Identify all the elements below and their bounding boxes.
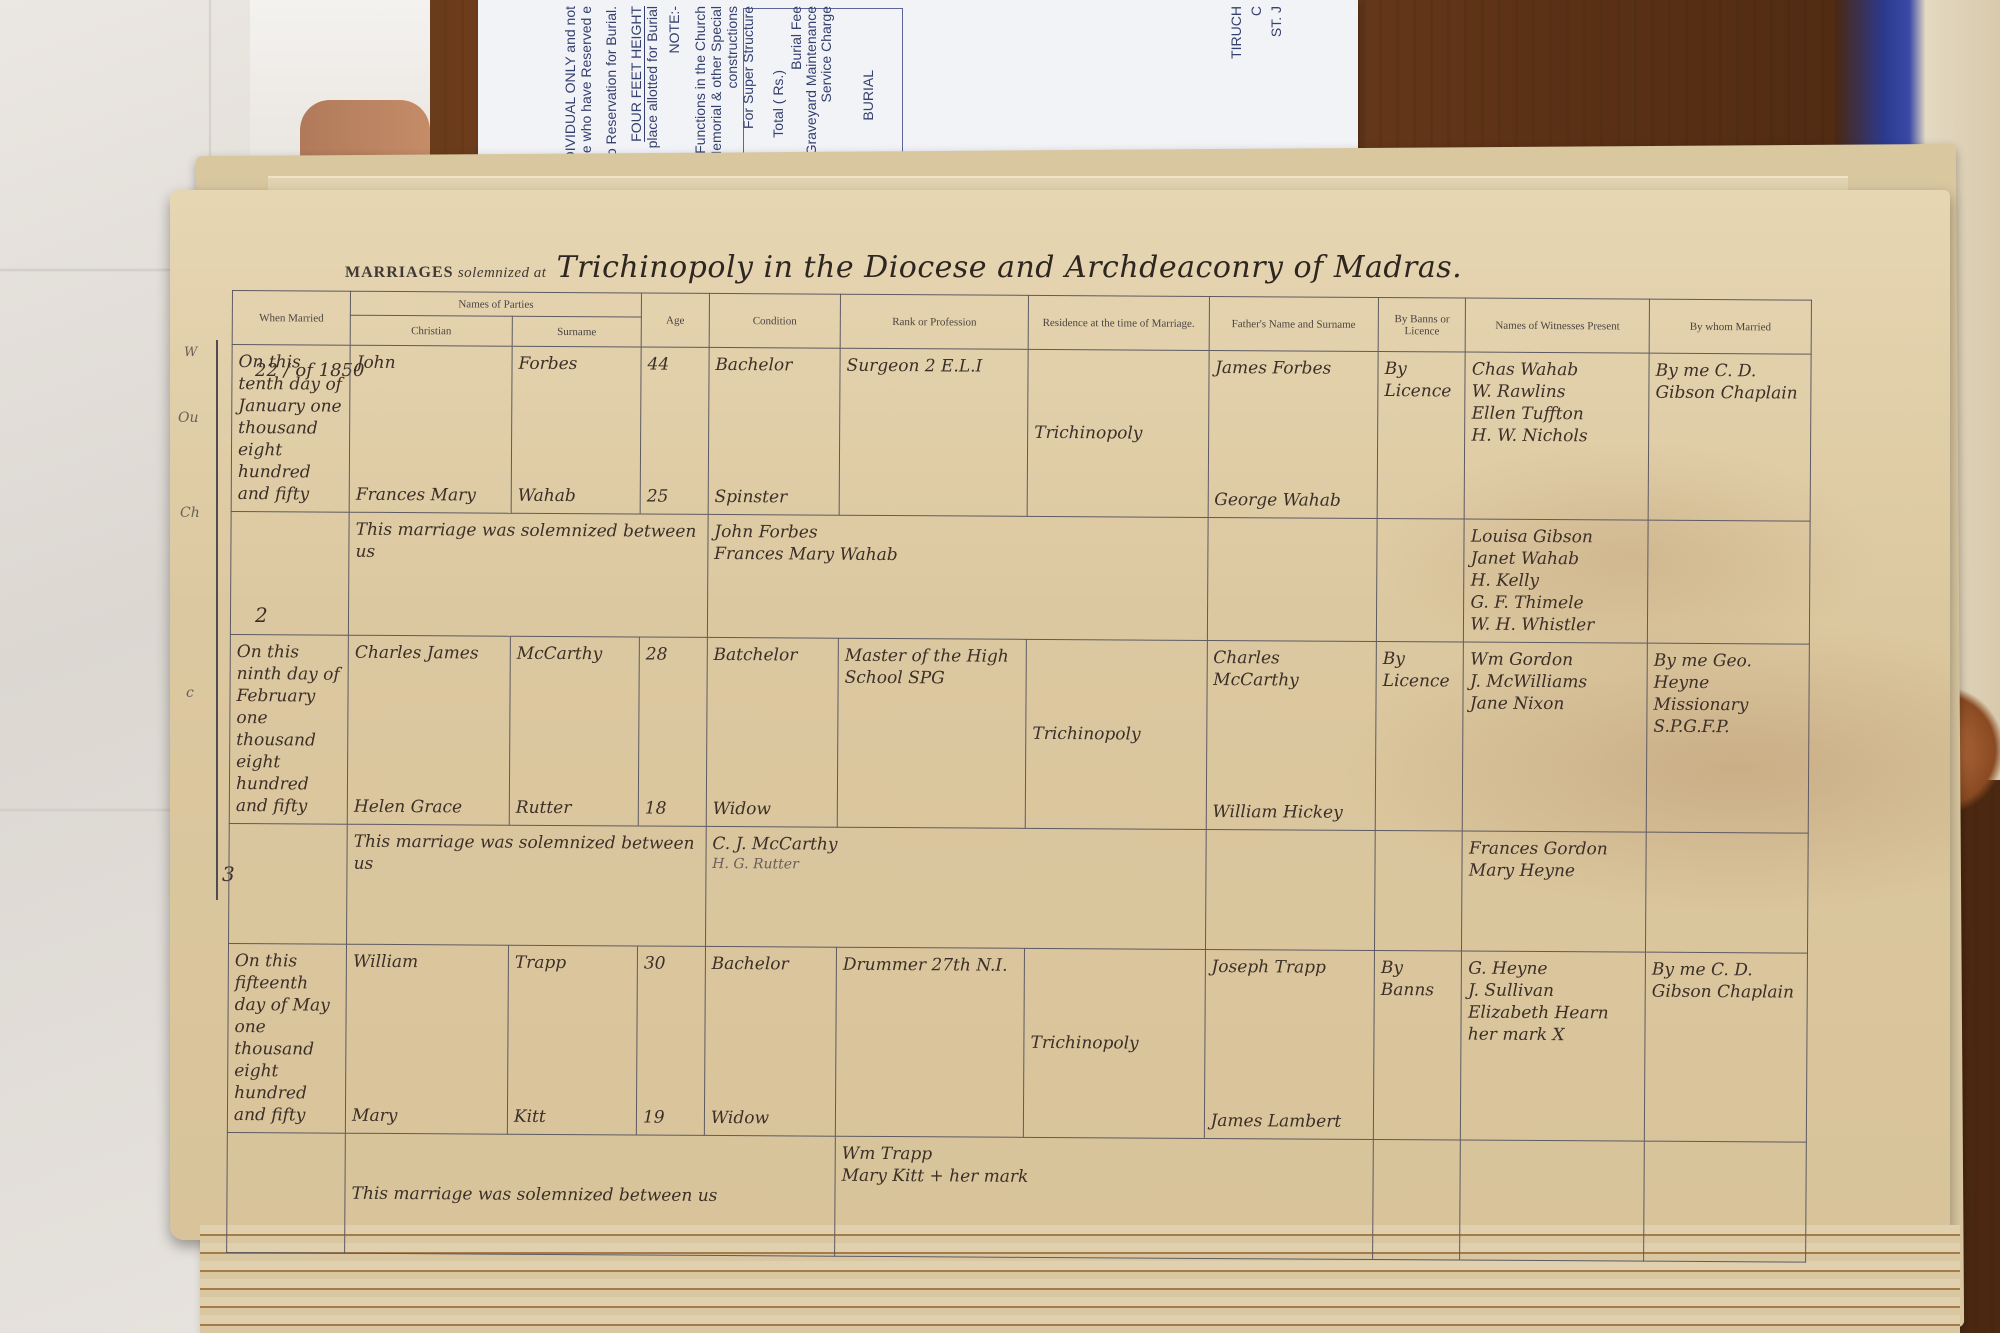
- col-rank: Rank or Profession: [840, 294, 1028, 349]
- bride-christian-name: Frances Mary: [356, 484, 505, 507]
- col-witnesses: Names of Witnesses Present: [1466, 298, 1650, 353]
- witness: H. Kelly: [1471, 570, 1642, 593]
- groom-father: Joseph Trapp: [1211, 956, 1368, 979]
- banns-or-licence: By Licence: [1377, 352, 1465, 520]
- groom-rank: Drummer 27th N.I.: [835, 947, 1024, 1137]
- fee-sheet-text: Burial Fee: [788, 6, 805, 70]
- heading-solemnized: solemnized at: [458, 265, 547, 281]
- witness: G. Heyne: [1468, 958, 1639, 981]
- col-christian: Christian: [350, 315, 512, 346]
- witness: Frances Gordon: [1469, 838, 1640, 861]
- groom-condition: Bachelor: [715, 354, 833, 377]
- register-entry: On this ninth day of February one thousa…: [229, 634, 1809, 833]
- groom-father: Charles McCarthy: [1213, 647, 1370, 692]
- col-banns-licence: By Banns or Licence: [1378, 298, 1466, 353]
- groom-surname: McCarthy: [517, 643, 633, 666]
- bride-surname: Rutter: [516, 797, 632, 820]
- groom-signature: C. J. McCarthy: [712, 833, 1199, 858]
- groom-age: 30: [644, 953, 699, 975]
- bride-christian-name: Helen Grace: [354, 796, 503, 819]
- bride-condition: Widow: [713, 798, 831, 821]
- margin-note: Ou: [178, 410, 199, 426]
- groom-rank: Surgeon 2 E.L.I: [839, 348, 1028, 516]
- fee-sheet-text: Service Charge: [818, 6, 835, 103]
- fee-sheet-text: Functions in the Church: [692, 6, 709, 154]
- residence: Trichinopoly: [1027, 349, 1208, 517]
- margin-note: c: [186, 685, 194, 701]
- groom-christian-name: John: [357, 352, 506, 375]
- witness: G. F. Thimele: [1470, 592, 1641, 615]
- fee-sheet-text: Graveyard Maintenance: [803, 6, 820, 155]
- register-entry: On this fifteenth day of May one thousan…: [227, 943, 1807, 1142]
- bride-condition: Widow: [711, 1107, 829, 1130]
- witness: W. H. Whistler: [1470, 614, 1641, 637]
- bride-father: William Hickey: [1212, 801, 1369, 824]
- groom-condition: Batchelor: [714, 644, 832, 667]
- residence: Trichinopoly: [1023, 948, 1205, 1138]
- fee-sheet-text: Memorial & other Special: [708, 6, 725, 162]
- groom-condition: Bachelor: [712, 953, 830, 976]
- groom-signature: Wm Trapp: [842, 1143, 1367, 1168]
- when-married: On this tenth day of January one thousan…: [231, 345, 350, 513]
- fee-sheet-text: C: [1248, 6, 1265, 16]
- witness: J. Sullivan: [1468, 980, 1639, 1003]
- margin-strip: W Ou Ch c: [178, 340, 218, 900]
- bride-age: 18: [645, 798, 700, 820]
- fee-sheet-text: TIRUCH: [1228, 6, 1245, 59]
- witness: Wm Gordon: [1470, 649, 1641, 672]
- fee-sheet-text: NOTE:-: [666, 6, 683, 53]
- groom-father: James Forbes: [1215, 357, 1372, 380]
- heading-handwritten-place: Trichinopoly in the Diocese and Archdeac…: [557, 250, 1463, 285]
- when-married: On this ninth day of February one thousa…: [229, 634, 348, 824]
- fee-sheet-text: The place allotted for Burial: [644, 6, 661, 176]
- bride-signature: H. G. Rutter: [712, 855, 1199, 876]
- witness: Mary Heyne: [1469, 860, 1640, 883]
- fee-sheet-text: constructions: [724, 6, 741, 88]
- bride-age: 25: [647, 486, 702, 508]
- fee-sheet-text: INDIVIDUAL ONLY and not: [562, 6, 579, 175]
- witness: Janet Wahab: [1471, 548, 1642, 571]
- fee-sheet-text: Total ( Rs.): [770, 70, 787, 138]
- col-when-married: When Married: [232, 291, 350, 346]
- margin-note: W: [184, 345, 197, 360]
- col-father: Father's Name and Surname: [1209, 296, 1379, 351]
- groom-surname: Trapp: [515, 952, 631, 975]
- witness: Louisa Gibson: [1471, 526, 1642, 549]
- bride-age: 19: [643, 1107, 698, 1129]
- groom-signature: John Forbes: [714, 521, 1201, 546]
- bride-signature: Mary Kitt + her mark: [842, 1165, 1367, 1190]
- margin-note: Ch: [180, 505, 200, 521]
- register-header: When Married Names of Parties Age Condit…: [232, 291, 1811, 355]
- register-heading: MARRIAGES solemnized at Trichinopoly in …: [345, 250, 1462, 285]
- marriage-register-table: When Married Names of Parties Age Condit…: [226, 290, 1812, 1263]
- fee-sheet-text: No Reservation for Burial.: [603, 6, 620, 166]
- groom-age: 28: [646, 644, 701, 666]
- banns-or-licence: By Licence: [1375, 641, 1463, 831]
- fee-sheet-text: ST. J: [1268, 6, 1285, 37]
- witness: her mark X: [1468, 1024, 1639, 1047]
- groom-age: 44: [647, 354, 702, 376]
- col-names-of-parties: Names of Parties: [350, 291, 641, 317]
- fee-sheet-text: For Super Structure: [740, 6, 757, 129]
- bride-father: James Lambert: [1210, 1110, 1367, 1133]
- officiant: By me Geo. Heyne Missionary S.P.G.F.P.: [1646, 643, 1809, 833]
- col-surname: Surname: [512, 316, 641, 347]
- bride-signature: Frances Mary Wahab: [714, 543, 1201, 568]
- bride-christian-name: Mary: [352, 1105, 501, 1128]
- col-age: Age: [641, 293, 709, 347]
- solemnized-statement: This marriage was solemnized between us: [347, 824, 706, 946]
- groom-surname: Forbes: [518, 353, 634, 376]
- banns-or-licence: By Banns: [1373, 950, 1461, 1140]
- solemnized-statement: This marriage was solemnized between us: [349, 512, 708, 637]
- heading-marriages: MARRIAGES: [345, 264, 454, 281]
- fee-sheet-text: BURIAL: [860, 70, 877, 121]
- register-signature-row: This marriage was solemnized between us …: [230, 511, 1810, 644]
- groom-christian-name: William: [353, 951, 502, 974]
- col-residence: Residence at the time of Marriage.: [1028, 295, 1209, 350]
- witness: Jane Nixon: [1470, 693, 1641, 716]
- witness: Ellen Tuffton: [1472, 403, 1643, 426]
- groom-rank: Master of the High School SPG: [837, 638, 1026, 828]
- witness: Elizabeth Hearn: [1468, 1002, 1639, 1025]
- fee-sheet-text: FOUR FEET HEIGHT: [628, 6, 645, 142]
- residence: Trichinopoly: [1025, 639, 1207, 829]
- witness: H. W. Nichols: [1471, 425, 1642, 448]
- bride-condition: Spinster: [714, 486, 832, 509]
- bride-surname: Wahab: [518, 485, 634, 508]
- officiant: By me C. D. Gibson Chaplain: [1644, 952, 1807, 1142]
- register-signature-row: This marriage was solemnized between us …: [229, 823, 1809, 953]
- witness: Chas Wahab: [1472, 359, 1643, 382]
- bride-father: George Wahab: [1214, 489, 1371, 512]
- bride-surname: Kitt: [514, 1106, 630, 1129]
- solemnized-statement: This marriage was solemnized between us: [345, 1133, 836, 1256]
- officiant: By me C. D. Gibson Chaplain: [1648, 353, 1811, 521]
- groom-christian-name: Charles James: [355, 642, 504, 665]
- register-entry: On this tenth day of January one thousan…: [231, 345, 1811, 522]
- witness: J. McWilliams: [1470, 671, 1641, 694]
- register-signature-row: This marriage was solemnized between us …: [227, 1132, 1807, 1262]
- col-condition: Condition: [709, 293, 841, 348]
- col-by-whom-married: By whom Married: [1649, 299, 1811, 354]
- when-married: On this fifteenth day of May one thousan…: [227, 943, 346, 1133]
- witness: W. Rawlins: [1472, 381, 1643, 404]
